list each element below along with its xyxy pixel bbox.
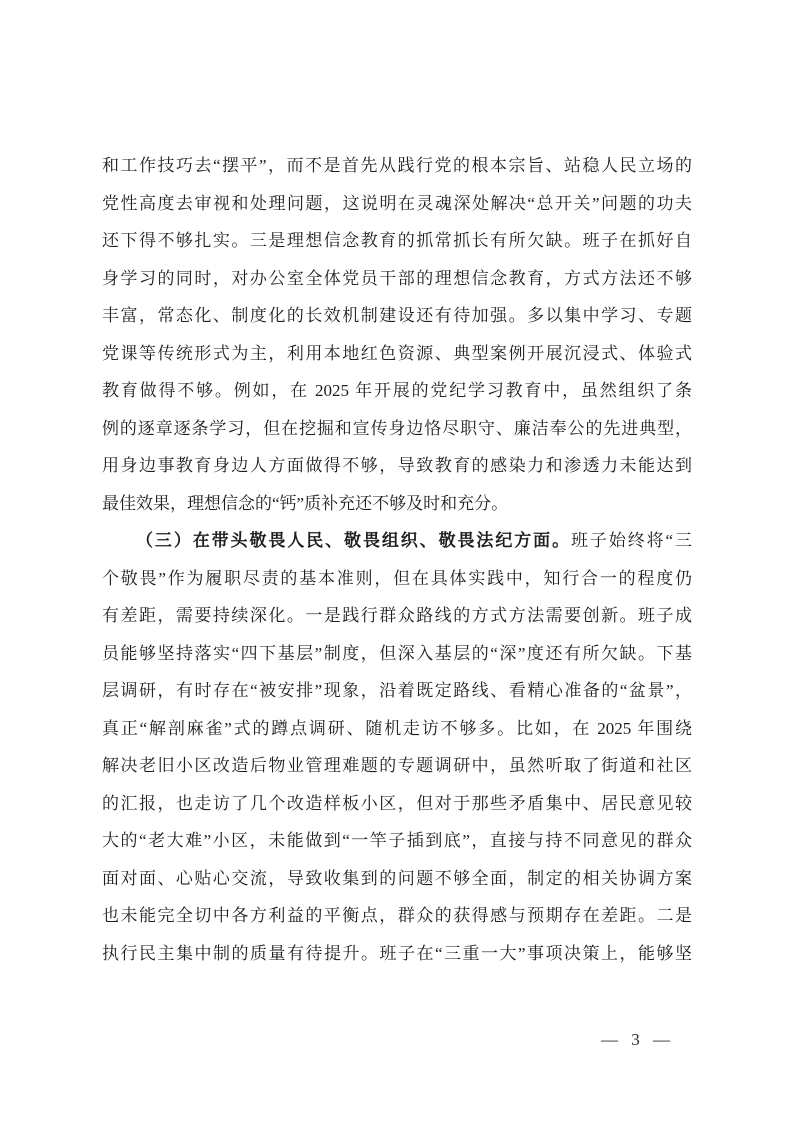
text-line: 和工作技巧去“摆平”，而不是首先从践行党的根本宗旨、站稳人民立场的 [102, 147, 692, 185]
text-run: 班子始终将“三 [571, 531, 692, 550]
text-line: 例的逐章逐条学习，但在挖掘和宣传身边恪尽职守、廉洁奉公的先进典型， [102, 410, 692, 448]
text-line: 大的“老大难”小区，未能做到“一竿子插到底”，直接与持不同意见的群众 [102, 822, 692, 860]
text-line: 也未能完全切中各方利益的平衡点，群众的获得感与预期存在差距。二是 [102, 897, 692, 935]
text-run: 和工作技巧去“摆平”，而不是首先从践行党的根本宗旨、站稳人民立场的 [102, 156, 692, 175]
text-line: 最佳效果，理想信念的“钙”质补充还不够及时和充分。 [102, 485, 692, 523]
text-line: （三）在带头敬畏人民、敬畏组织、敬畏法纪方面。班子始终将“三 [102, 522, 692, 560]
text-line: 还下得不够扎实。三是理想信念教育的抓常抓长有所欠缺。班子在抓好自 [102, 222, 692, 260]
text-line: 丰富，常态化、制度化的长效机制建设还有待加强。多以集中学习、专题 [102, 297, 692, 335]
text-line: 身学习的同时，对办公室全体党员干部的理想信念教育，方式方法还不够 [102, 260, 692, 298]
page-number: — 3 — [601, 1030, 671, 1049]
text-run: 最佳效果，理想信念的“钙”质补充还不够及时和充分。 [102, 494, 508, 513]
text-run: 执行民主集中制的质量有待提升。班子在“三重一大”事项决策上，能够坚 [102, 944, 692, 963]
text-line: 解决老旧小区改造后物业管理难题的专题调研中，虽然听取了街道和社区 [102, 747, 692, 785]
text-run: 大的“老大难”小区，未能做到“一竿子插到底”，直接与持不同意见的群众 [102, 831, 692, 850]
text-line: 层调研，有时存在“被安排”现象，沿着既定路线、看精心准备的“盆景”， [102, 672, 692, 710]
text-line: 教育做得不够。例如，在 2025 年开展的党纪学习教育中，虽然组织了条 [102, 372, 692, 410]
text-run: 例的逐章逐条学习，但在挖掘和宣传身边恪尽职守、廉洁奉公的先进典型， [102, 419, 692, 438]
text-run: 的汇报，也走访了几个改造样板小区，但对于那些矛盾集中、居民意见较 [102, 794, 692, 813]
text-line: 用身边事教育身边人方面做得不够，导致教育的感染力和渗透力未能达到 [102, 447, 692, 485]
page-footer: — 3 — [601, 1030, 671, 1050]
text-run: 也未能完全切中各方利益的平衡点，群众的获得感与预期存在差距。二是 [102, 906, 692, 925]
text-run: 解决老旧小区改造后物业管理难题的专题调研中，虽然听取了街道和社区 [102, 756, 692, 775]
text-run: 有差距，需要持续深化。一是践行群众路线的方式方法需要创新。班子成 [102, 606, 692, 625]
text-run: 党性高度去审视和处理问题，这说明在灵魂深处解决“总开关”问题的功夫 [102, 194, 692, 213]
section-heading-run: （三）在带头敬畏人民、敬畏组织、敬畏法纪方面。 [136, 531, 571, 550]
text-line: 面对面、心贴心交流，导致收集到的问题不够全面，制定的相关协调方案 [102, 860, 692, 898]
text-run: 层调研，有时存在“被安排”现象，沿着既定路线、看精心准备的“盆景”， [102, 681, 692, 700]
document-body: 和工作技巧去“摆平”，而不是首先从践行党的根本宗旨、站稳人民立场的党性高度去审视… [102, 147, 692, 972]
text-line: 党性高度去审视和处理问题，这说明在灵魂深处解决“总开关”问题的功夫 [102, 185, 692, 223]
text-line: 的汇报，也走访了几个改造样板小区，但对于那些矛盾集中、居民意见较 [102, 785, 692, 823]
text-line: 真正“解剖麻雀”式的蹲点调研、随机走访不够多。比如，在 2025 年围绕 [102, 710, 692, 748]
text-run: 员能够坚持落实“四下基层”制度，但深入基层的“深”度还有所欠缺。下基 [102, 644, 692, 663]
text-run: 个敬畏”作为履职尽责的基本准则，但在具体实践中，知行合一的程度仍 [102, 569, 692, 588]
text-line: 有差距，需要持续深化。一是践行群众路线的方式方法需要创新。班子成 [102, 597, 692, 635]
text-line: 员能够坚持落实“四下基层”制度，但深入基层的“深”度还有所欠缺。下基 [102, 635, 692, 673]
document-page: 和工作技巧去“摆平”，而不是首先从践行党的根本宗旨、站稳人民立场的党性高度去审视… [0, 0, 793, 1122]
text-run: 用身边事教育身边人方面做得不够，导致教育的感染力和渗透力未能达到 [102, 456, 692, 475]
text-run: 真正“解剖麻雀”式的蹲点调研、随机走访不够多。比如，在 2025 年围绕 [102, 719, 692, 738]
text-line: 个敬畏”作为履职尽责的基本准则，但在具体实践中，知行合一的程度仍 [102, 560, 692, 598]
text-run: 教育做得不够。例如，在 2025 年开展的党纪学习教育中，虽然组织了条 [102, 381, 692, 400]
text-run: 丰富，常态化、制度化的长效机制建设还有待加强。多以集中学习、专题 [102, 306, 692, 325]
text-run: 还下得不够扎实。三是理想信念教育的抓常抓长有所欠缺。班子在抓好自 [102, 231, 692, 250]
text-run: 身学习的同时，对办公室全体党员干部的理想信念教育，方式方法还不够 [102, 269, 692, 288]
text-run: 党课等传统形式为主，利用本地红色资源、典型案例开展沉浸式、体验式 [102, 344, 692, 363]
text-run: 面对面、心贴心交流，导致收集到的问题不够全面，制定的相关协调方案 [102, 869, 692, 888]
text-line: 党课等传统形式为主，利用本地红色资源、典型案例开展沉浸式、体验式 [102, 335, 692, 373]
text-line: 执行民主集中制的质量有待提升。班子在“三重一大”事项决策上，能够坚 [102, 935, 692, 973]
